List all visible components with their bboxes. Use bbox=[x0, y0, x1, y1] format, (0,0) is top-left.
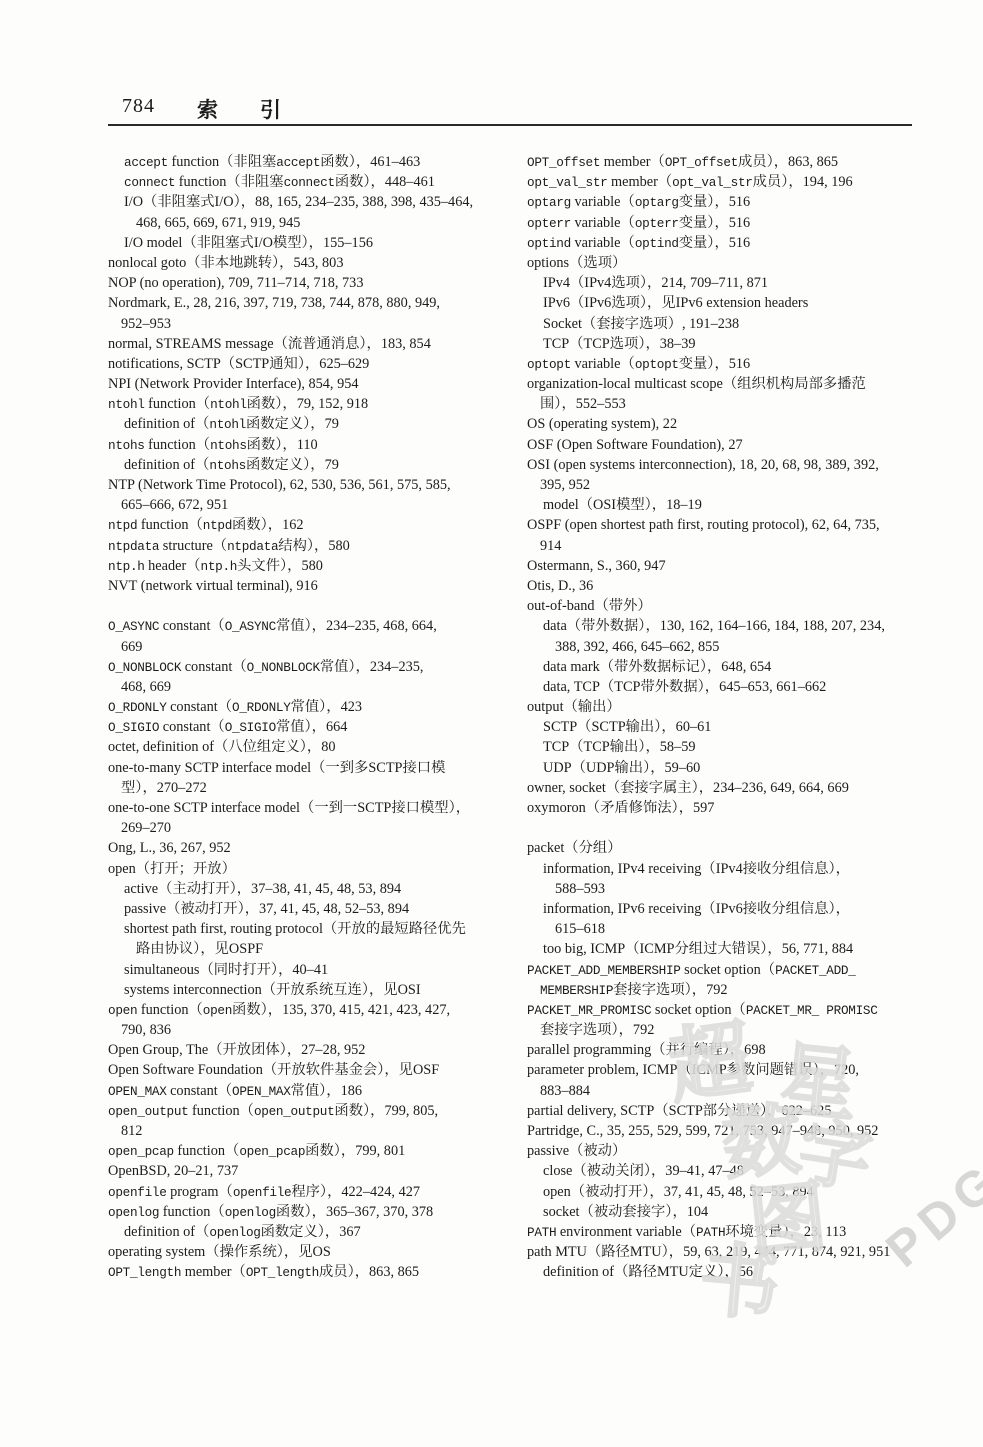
index-entry-line: accept function（非阻塞accept函数），461–463 bbox=[108, 152, 518, 172]
index-entry-line: parameter problem, ICMP（ICMP参数问题错误），720, bbox=[527, 1060, 937, 1080]
index-entry-line: ntohl function（ntohl函数），79, 152, 918 bbox=[108, 394, 518, 414]
index-entry-line: shortest path first, routing protocol（开放… bbox=[108, 919, 518, 939]
index-entry-line: model（OSI模型），18–19 bbox=[527, 495, 937, 515]
index-entry-line: Open Software Foundation（开放软件基金会），见OSF bbox=[108, 1060, 518, 1080]
index-entry-line: NPI (Network Provider Interface), 854, 9… bbox=[108, 374, 518, 394]
index-entry-line: 790, 836 bbox=[108, 1020, 518, 1040]
index-entry-line: 269–270 bbox=[108, 818, 518, 838]
index-blank-line bbox=[108, 596, 518, 616]
index-entry-line: one-to-many SCTP interface model（一到多SCTP… bbox=[108, 758, 518, 778]
index-entry-line: 588–593 bbox=[527, 879, 937, 899]
index-entry-line: 型），270–272 bbox=[108, 778, 518, 798]
index-entry-line: definition of（openlog函数定义），367 bbox=[108, 1222, 518, 1242]
index-entry-line: 669 bbox=[108, 637, 518, 657]
index-entry-line: OS (operating system), 22 bbox=[527, 414, 937, 434]
index-entry-line: OPT_offset member（OPT_offset成员），863, 865 bbox=[527, 152, 937, 172]
header-title-char-2: 引 bbox=[260, 94, 281, 124]
index-entry-line: Ong, L., 36, 267, 952 bbox=[108, 838, 518, 858]
index-entry-line: 388, 392, 466, 645–662, 855 bbox=[527, 637, 937, 657]
index-entry-line: open（被动打开），37, 41, 45, 48, 52–53, 894 bbox=[527, 1182, 937, 1202]
index-entry-line: nonlocal goto（非本地跳转），543, 803 bbox=[108, 253, 518, 273]
index-entry-line: OpenBSD, 20–21, 737 bbox=[108, 1161, 518, 1181]
index-entry-line: passive（被动） bbox=[527, 1141, 937, 1161]
index-entry-line: MEMBERSHIP套接字选项），792 bbox=[527, 980, 937, 1000]
index-entry-line: ntpdata structure（ntpdata结构），580 bbox=[108, 536, 518, 556]
index-entry-line: Otis, D., 36 bbox=[527, 576, 937, 596]
index-entry-line: 952–953 bbox=[108, 314, 518, 334]
index-entry-line: one-to-one SCTP interface model（一到一SCTP接… bbox=[108, 798, 518, 818]
index-entry-line: OPT_length member（OPT_length成员），863, 865 bbox=[108, 1262, 518, 1282]
index-entry-line: open（打开；开放） bbox=[108, 859, 518, 879]
index-entry-line: Partridge, C., 35, 255, 529, 599, 721, 7… bbox=[527, 1121, 937, 1141]
index-entry-line: UDP（UDP输出），59–60 bbox=[527, 758, 937, 778]
header-rule bbox=[108, 124, 912, 126]
index-entry-line: openlog function（openlog函数），365–367, 370… bbox=[108, 1202, 518, 1222]
index-entry-line: organization-local multicast scope（组织机构局… bbox=[527, 374, 937, 394]
index-entry-line: O_RDONLY constant（O_RDONLY常值），423 bbox=[108, 697, 518, 717]
index-entry-line: passive（被动打开），37, 41, 45, 48, 52–53, 894 bbox=[108, 899, 518, 919]
index-entry-line: optind variable（optind变量），516 bbox=[527, 233, 937, 253]
index-entry-line: open function（open函数），135, 370, 415, 421… bbox=[108, 1000, 518, 1020]
index-entry-line: OSPF (open shortest path first, routing … bbox=[527, 515, 937, 535]
index-entry-line: PACKET_ADD_MEMBERSHIP socket option（PACK… bbox=[527, 960, 937, 980]
index-entry-line: socket（被动套接字），104 bbox=[527, 1202, 937, 1222]
index-entry-line: connect function（非阻塞connect函数），448–461 bbox=[108, 172, 518, 192]
index-entry-line: Open Group, The（开放团体），27–28, 952 bbox=[108, 1040, 518, 1060]
index-entry-line: definition of（ntohs函数定义），79 bbox=[108, 455, 518, 475]
index-entry-line: OSF (Open Software Foundation), 27 bbox=[527, 435, 937, 455]
index-column-right: OPT_offset member（OPT_offset成员），863, 865… bbox=[527, 152, 937, 1283]
index-entry-line: data（带外数据），130, 162, 164–166, 184, 188, … bbox=[527, 616, 937, 636]
index-entry-line: 615–618 bbox=[527, 919, 937, 939]
index-entry-line: octet, definition of（八位组定义），80 bbox=[108, 737, 518, 757]
index-entry-line: 914 bbox=[527, 536, 937, 556]
index-entry-line: IPv6（IPv6选项），见IPv6 extension headers bbox=[527, 293, 937, 313]
index-entry-line: open_output function（open_output函数），799,… bbox=[108, 1101, 518, 1121]
index-entry-line: TCP（TCP选项），38–39 bbox=[527, 334, 937, 354]
index-entry-line: I/O model（非阻塞式I/O模型），155–156 bbox=[108, 233, 518, 253]
index-entry-line: 665–666, 672, 951 bbox=[108, 495, 518, 515]
index-entry-line: too big, ICMP（ICMP分组过大错误），56, 771, 884 bbox=[527, 939, 937, 959]
index-entry-line: Ostermann, S., 360, 947 bbox=[527, 556, 937, 576]
index-entry-line: OSI (open systems interconnection), 18, … bbox=[527, 455, 937, 475]
index-blank-line bbox=[527, 818, 937, 838]
index-entry-line: oxymoron（矛盾修饰法），597 bbox=[527, 798, 937, 818]
index-entry-line: close（被动关闭），39–41, 47–48 bbox=[527, 1161, 937, 1181]
index-entry-line: output（输出） bbox=[527, 697, 937, 717]
index-entry-line: 468, 665, 669, 671, 919, 945 bbox=[108, 213, 518, 233]
index-entry-line: normal, STREAMS message（流普通消息），183, 854 bbox=[108, 334, 518, 354]
index-entry-line: simultaneous（同时打开），40–41 bbox=[108, 960, 518, 980]
index-entry-line: options（选项） bbox=[527, 253, 937, 273]
index-column-left: accept function（非阻塞accept函数），461–463conn… bbox=[108, 152, 518, 1283]
index-entry-line: notifications, SCTP（SCTP通知），625–629 bbox=[108, 354, 518, 374]
index-entry-line: Socket（套接字选项）, 191–238 bbox=[527, 314, 937, 334]
index-entry-line: systems interconnection（开放系统互连），见OSI bbox=[108, 980, 518, 1000]
index-entry-line: 套接字选项），792 bbox=[527, 1020, 937, 1040]
index-entry-line: open_pcap function（open_pcap函数），799, 801 bbox=[108, 1141, 518, 1161]
index-entry-line: 路由协议），见OSPF bbox=[108, 939, 518, 959]
index-entry-line: definition of（路径MTU定义），56 bbox=[527, 1262, 937, 1282]
index-entry-line: openfile program（openfile程序），422–424, 42… bbox=[108, 1182, 518, 1202]
index-entry-line: PACKET_MR_PROMISC socket option（PACKET_M… bbox=[527, 1000, 937, 1020]
index-entry-line: definition of（ntohl函数定义），79 bbox=[108, 414, 518, 434]
index-entry-line: information, IPv4 receiving（IPv4接收分组信息）， bbox=[527, 859, 937, 879]
index-entry-line: PATH environment variable（PATH环境变量），23, … bbox=[527, 1222, 937, 1242]
index-entry-line: data mark（带外数据标记），648, 654 bbox=[527, 657, 937, 677]
index-entry-line: data, TCP（TCP带外数据），645–653, 661–662 bbox=[527, 677, 937, 697]
index-entry-line: TCP（TCP输出），58–59 bbox=[527, 737, 937, 757]
index-entry-line: NTP (Network Time Protocol), 62, 530, 53… bbox=[108, 475, 518, 495]
page-number: 784 bbox=[122, 95, 155, 118]
header-title-char-1: 索 bbox=[197, 94, 218, 124]
index-entry-line: 395, 952 bbox=[527, 475, 937, 495]
index-entry-line: partial delivery, SCTP（SCTP部分递送），622–625 bbox=[527, 1101, 937, 1121]
index-entry-line: Nordmark, E., 28, 216, 397, 719, 738, 74… bbox=[108, 293, 518, 313]
index-entry-line: O_SIGIO constant（O_SIGIO常值），664 bbox=[108, 717, 518, 737]
index-entry-line: information, IPv6 receiving（IPv6接收分组信息）， bbox=[527, 899, 937, 919]
index-entry-line: owner, socket（套接字属主），234–236, 649, 664, … bbox=[527, 778, 937, 798]
index-entry-line: ntohs function（ntohs函数），110 bbox=[108, 435, 518, 455]
index-entry-line: 468, 669 bbox=[108, 677, 518, 697]
index-entry-line: operating system（操作系统），见OS bbox=[108, 1242, 518, 1262]
index-entry-line: I/O（非阻塞式I/O），88, 165, 234–235, 388, 398,… bbox=[108, 192, 518, 212]
index-entry-line: IPv4（IPv4选项），214, 709–711, 871 bbox=[527, 273, 937, 293]
index-entry-line: opt_val_str member（opt_val_str成员），194, 1… bbox=[527, 172, 937, 192]
index-entry-line: SCTP（SCTP输出），60–61 bbox=[527, 717, 937, 737]
index-entry-line: NOP (no operation), 709, 711–714, 718, 7… bbox=[108, 273, 518, 293]
index-entry-line: OPEN_MAX constant（OPEN_MAX常值），186 bbox=[108, 1081, 518, 1101]
index-entry-line: 围），552–553 bbox=[527, 394, 937, 414]
index-entry-line: ntpd function（ntpd函数），162 bbox=[108, 515, 518, 535]
index-entry-line: O_ASYNC constant（O_ASYNC常值），234–235, 468… bbox=[108, 616, 518, 636]
index-entry-line: NVT (network virtual terminal), 916 bbox=[108, 576, 518, 596]
index-entry-line: 812 bbox=[108, 1121, 518, 1141]
index-entry-line: active（主动打开），37–38, 41, 45, 48, 53, 894 bbox=[108, 879, 518, 899]
index-entry-line: ntp.h header（ntp.h头文件），580 bbox=[108, 556, 518, 576]
index-entry-line: out-of-band（带外） bbox=[527, 596, 937, 616]
index-entry-line: opterr variable（opterr变量），516 bbox=[527, 213, 937, 233]
index-entry-line: packet（分组） bbox=[527, 838, 937, 858]
index-entry-line: path MTU（路径MTU），59, 63, 219, 444, 771, 8… bbox=[527, 1242, 937, 1262]
index-entry-line: O_NONBLOCK constant（O_NONBLOCK常值），234–23… bbox=[108, 657, 518, 677]
index-entry-line: 883–884 bbox=[527, 1081, 937, 1101]
index-entry-line: optopt variable（optopt变量），516 bbox=[527, 354, 937, 374]
index-entry-line: parallel programming（并行编程），698 bbox=[527, 1040, 937, 1060]
index-entry-line: optarg variable（optarg变量），516 bbox=[527, 192, 937, 212]
